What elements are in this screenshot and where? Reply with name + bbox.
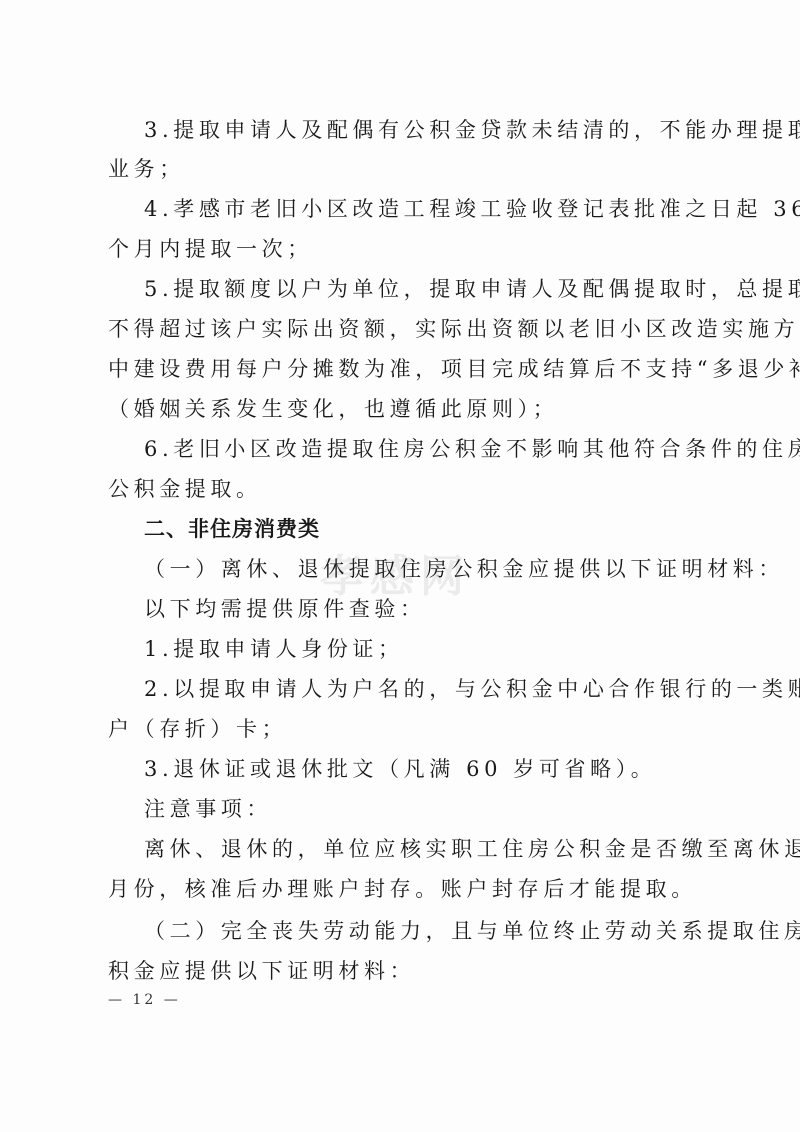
document-page: 孝感网 3.提取申请人及配偶有公积金贷款未结清的，不能办理提取 业务； 4.孝感… [0, 0, 800, 1132]
text-line-originals-required: 以下均需提供原件查验： [144, 596, 734, 622]
text-line-notes-heading: 注意事项： [144, 796, 734, 822]
text-line-withdraw-rule-3-cont: 业务； [108, 156, 698, 182]
text-line-material-3: 3.退休证或退休批文（凡满 60 岁可省略）。 [144, 756, 734, 782]
page-number: — 12 — [108, 992, 181, 1008]
text-line-material-2-cont: 户（存折）卡； [108, 716, 698, 742]
text-line-withdraw-rule-5: 5.提取额度以户为单位，提取申请人及配偶提取时，总提取额 [144, 276, 734, 302]
text-line-withdraw-rule-6-cont: 公积金提取。 [108, 476, 698, 502]
text-line-notes-body-cont: 月份，核准后办理账户封存。账户封存后才能提取。 [108, 876, 698, 902]
subsection-heading-retirement: （一）离休、退休提取住房公积金应提供以下证明材料： [144, 556, 734, 582]
subsection-heading-disability-cont: 积金应提供以下证明材料： [108, 958, 698, 984]
text-line-material-2: 2.以提取申请人为户名的，与公积金中心合作银行的一类账 [144, 676, 734, 702]
text-line-withdraw-rule-4-cont: 个月内提取一次； [108, 236, 698, 262]
text-line-withdraw-rule-3: 3.提取申请人及配偶有公积金贷款未结清的，不能办理提取 [144, 117, 734, 143]
text-line-notes-body: 离休、退休的，单位应核实职工住房公积金是否缴至离休退休 [144, 836, 734, 862]
text-line-withdraw-rule-4: 4.孝感市老旧小区改造工程竣工验收登记表批准之日起 36 [144, 196, 734, 222]
text-line-withdraw-rule-5-cont-1: 不得超过该户实际出资额，实际出资额以老旧小区改造实施方案 [108, 316, 698, 342]
subsection-heading-disability: （二）完全丧失劳动能力，且与单位终止劳动关系提取住房公 [144, 918, 734, 944]
text-line-withdraw-rule-5-cont-3: （婚姻关系发生变化，也遵循此原则）； [108, 396, 698, 422]
text-line-withdraw-rule-6: 6.老旧小区改造提取住房公积金不影响其他符合条件的住房 [144, 436, 734, 462]
section-heading-non-housing: 二、非住房消费类 [144, 516, 734, 542]
text-line-withdraw-rule-5-cont-2: 中建设费用每户分摊数为准，项目完成结算后不支持“多退少补” [108, 356, 698, 382]
text-line-material-1: 1.提取申请人身份证； [144, 636, 734, 662]
